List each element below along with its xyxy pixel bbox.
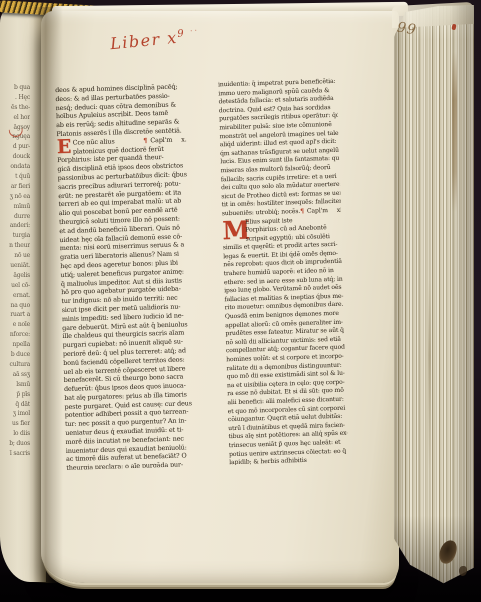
column-right: inuidentia: q̄ impetrat pura beneficētia… [218,78,348,465]
facing-page-line-fragment: lo diis [1,429,30,439]
running-title-suffix: 9 [177,28,184,40]
column-right-chapter10-end: inuidentia: q̄ impetrat pura beneficētia… [218,78,341,210]
facing-page-text-fragments: b qua. Hęcēs the-el horāgsoynguęad pur-d… [1,83,30,459]
facing-page-line-fragment: p̄ pīs [1,390,30,400]
facing-page-line-fragment: ʒ nō ea [1,192,30,202]
facing-page-line-fragment: ueniāt. [1,261,30,271]
facing-page-line-fragment: āgelis [1,271,30,281]
chapter-label: Capl'm [307,207,328,216]
folio-number: 99 [396,20,418,39]
facing-page-line-fragment: turgia [1,231,30,241]
facing-page-line-fragment: t q́uū [1,172,30,182]
facing-page-line-fragment: ernat. [1,291,30,301]
fore-edge-page-stack [394,5,474,585]
facing-page-line-fragment: cultura [1,360,30,370]
facing-page-line-fragment: ēs the- [1,103,30,113]
column-right-chapter11-body: Elius sapuit istePorphirius: cū ad Anebo… [222,215,348,465]
text-block: deos & apud homines disciplinā pacēq́;de… [55,78,348,470]
column-left-chapter10-body: platonicus quē doctiorē ferūtPorphirius:… [57,144,202,470]
facing-page-line-fragment: nforce: [1,330,30,340]
running-title-flourish: ·· [190,26,200,36]
chapter-label: Capl'm [150,136,172,145]
facing-page-line-fragment: ar fieri [1,182,30,192]
facing-page-line-fragment: ī sacris [1,449,30,459]
facing-page-line-fragment: d pur- [1,142,30,152]
facing-page-line-fragment: mīmū [1,202,30,212]
column-right-chapter11: subueniēs: utrobiq́; nocēs. ¶ Capl'm xi.… [222,207,349,466]
facing-page-line-fragment: q̄ dāt [1,400,30,410]
facing-page-line-fragment: durre [1,212,30,222]
chapter-initial-e: E [57,139,71,156]
facing-page-line-fragment: n theur [1,241,30,251]
chapter-initial-m: M [222,218,244,242]
facing-page-line-fragment: uel cō- [1,281,30,291]
facing-page-line-fragment: ruart a [1,310,30,320]
facing-page-line-fragment: anderi: [1,221,30,231]
corner-ink-stain-small [459,566,467,576]
facing-page-line-fragment: b qua [1,83,30,93]
facing-page-line-fragment: el hor [1,113,30,123]
fore-edge-stain-streak [452,52,457,212]
facing-page-line-fragment: us fier [1,419,30,429]
column-left-chapter10: E Cce nūc alius ¶ Capl'm x. platonicus q… [57,135,202,470]
facing-page-line-fragment: douck [1,152,30,162]
chapter-numeral: x. [181,135,187,144]
facing-page-line-fragment: . Hęc [1,93,30,103]
facing-page-line-fragment: npella [1,340,30,350]
column-left-chapter9-end: deos & apud homines disciplinā pacēq́;de… [55,82,192,139]
facing-page-line-fragment: nō ue [1,251,30,261]
facing-page-line-fragment: b duce [1,350,30,360]
facing-page-line-fragment: aā ssʒ [1,370,30,380]
facing-page-line-fragment: na quo [1,301,30,311]
facing-page-line-fragment: ʒ imol [1,409,30,419]
facing-page-line-fragment: b; duos [1,439,30,449]
fore-edge-stain-streak-2 [428,280,431,470]
facing-page-line-fragment: e noīe [1,320,30,330]
facing-page-line-fragment: lsmū [1,380,30,390]
facing-page-line-fragment: ondata [1,162,30,172]
manuscript-photo: b qua. Hęcēs the-el horāgsoynguęad pur-d… [0,0,481,602]
facing-page-sliver: b qua. Hęcēs the-el horāgsoynguęad pur-d… [0,7,46,582]
column-left: deos & apud homines disciplinā pacēq́;de… [55,82,201,470]
